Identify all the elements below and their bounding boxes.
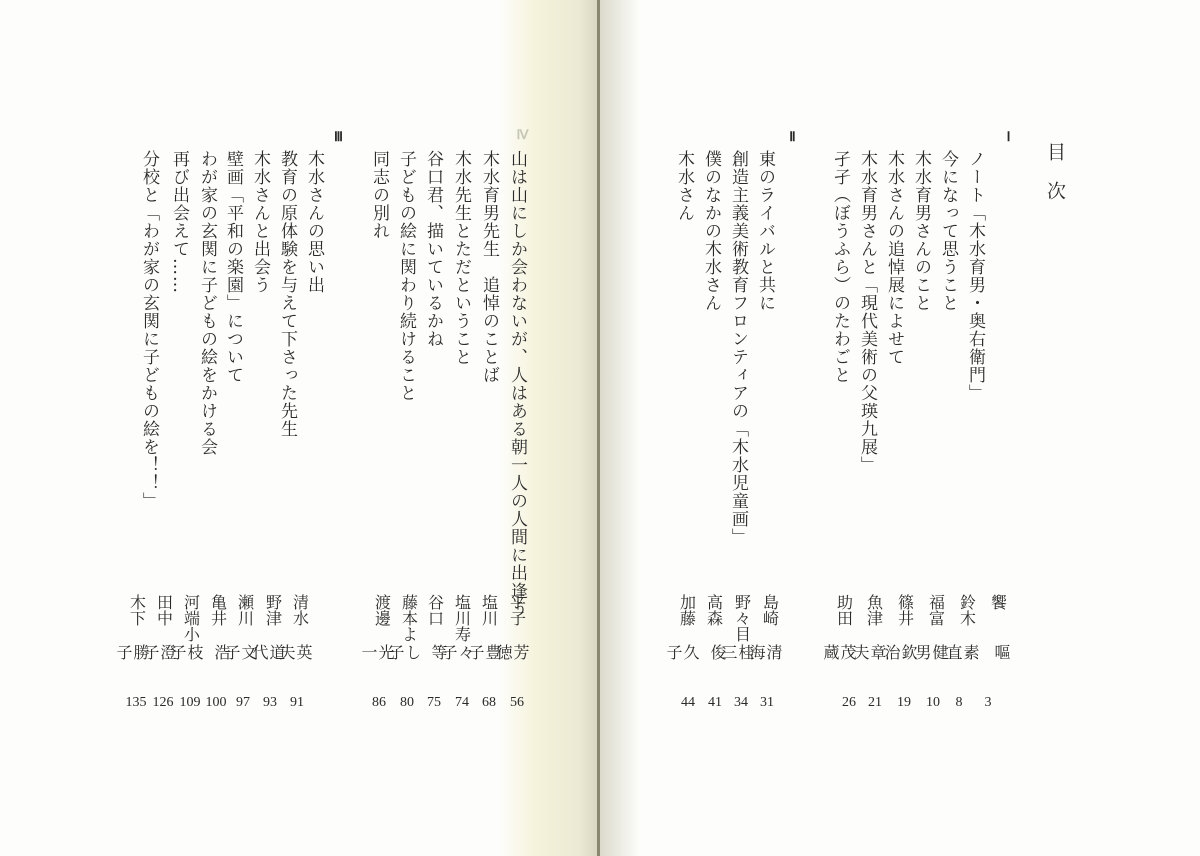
toc-author: 高森俊 — [702, 594, 726, 626]
toc-page-number: 34 — [726, 695, 756, 711]
toc-author: 饗嘔 — [986, 594, 1010, 610]
toc-entry-title: ノート「木水育男・奥右衛門」 — [964, 150, 986, 402]
toc-entry-title: 分校と「わが家の玄関に子どもの絵を！！」 — [138, 150, 160, 510]
toc-author: 魚津章夫 — [862, 594, 886, 626]
toc-author: 平子芳徳 — [505, 594, 529, 626]
toc-entry-title: 子どもの絵に関わり続けること — [395, 150, 417, 402]
toc-page-number: 91 — [282, 695, 312, 711]
toc-entry-title: 教育の原体験を与えて下さった先生 — [276, 150, 298, 438]
toc-author: 亀井浩 — [206, 594, 230, 626]
toc-author: 篠井欽治 — [893, 594, 917, 626]
toc-author: 渡邊光一 — [370, 594, 394, 626]
toc-page-number: 126 — [148, 695, 178, 711]
toc-author: 藤本よし子 — [397, 594, 421, 642]
toc-page-number: 3 — [973, 695, 1003, 711]
toc-page-number: 8 — [944, 695, 974, 711]
book-spread: 目次 Ⅰ ノート「木水育男・奥右衛門」 今になって思うこと 木水育男さんのこと … — [0, 0, 1200, 856]
toc-entry-title: 木水育男さんのこと — [910, 150, 932, 312]
page-gutter-shadow-right — [600, 0, 640, 856]
toc-page-number: 100 — [201, 695, 231, 711]
toc-author: 野津道代 — [261, 594, 285, 626]
toc-entry-title: 東のライバルと共に — [754, 150, 776, 312]
toc-title: 目次 — [1044, 142, 1066, 220]
toc-page-number: 135 — [121, 695, 151, 711]
toc-entry-title: 木水育男先生 追悼のことば — [478, 150, 500, 384]
toc-entry-title: 孑孑（ぼうふら）のたわごと — [829, 150, 851, 384]
toc-author: 島崎清海 — [758, 594, 782, 626]
toc-author: 塩川豊子 — [477, 594, 501, 626]
toc-page-number: 56 — [502, 695, 532, 711]
toc-page-number: 21 — [860, 695, 890, 711]
toc-entry-title: 山は山にしか会わないが、人はある朝一人の人間に出逢う — [506, 150, 528, 618]
toc-entry-title: 谷口君、描いているかね — [422, 150, 444, 348]
toc-author: 鈴木素直 — [955, 594, 979, 626]
toc-page-number: 44 — [673, 695, 703, 711]
toc-author: 助田茂蔵 — [832, 594, 856, 626]
toc-entry-title: 木水さんの追悼展によせて — [883, 150, 905, 366]
toc-page-number: 80 — [392, 695, 422, 711]
toc-page-number: 93 — [255, 695, 285, 711]
toc-page-number: 26 — [834, 695, 864, 711]
toc-author: 野々目桂三 — [730, 594, 754, 642]
toc-author: 木下勝子 — [125, 594, 149, 626]
toc-entry-title: わが家の玄関に子どもの絵をかける会 — [196, 150, 218, 456]
toc-entry-title: 木水さん — [673, 150, 695, 222]
toc-entry-title: 木水さんと出会う — [249, 150, 271, 294]
toc-page-number: 31 — [752, 695, 782, 711]
toc-entry-title: 創造主義美術教育フロンティアの「木水児童画」 — [727, 150, 749, 546]
toc-entry-title: 僕のなかの木水さん — [700, 150, 722, 312]
toc-entry-title: 木水さんの思い出 — [303, 150, 325, 294]
section-label-1: Ⅰ — [998, 130, 1020, 145]
toc-author: 福富健男 — [924, 594, 948, 626]
toc-author: 河端小枝子 — [179, 594, 203, 642]
toc-page-number: 75 — [419, 695, 449, 711]
toc-entry-title: 壁画「平和の楽園」について — [222, 150, 244, 384]
toc-entry-title: 再び出会えて…… — [168, 150, 190, 294]
toc-author: 加藤久子 — [675, 594, 699, 626]
toc-page-number: 41 — [700, 695, 730, 711]
toc-entry-title: 木水育男さんと「現代美術の父瑛九展」 — [856, 150, 878, 474]
section-label-3: Ⅲ — [328, 130, 350, 145]
toc-entry-title: 今になって思うこと — [937, 150, 959, 312]
toc-page-number: 10 — [918, 695, 948, 711]
toc-page-number: 19 — [889, 695, 919, 711]
toc-entry-title: 木水先生とただということ — [450, 150, 472, 366]
section-label-4: Ⅳ — [512, 128, 534, 143]
toc-page-number: 74 — [447, 695, 477, 711]
toc-entry-title: 同志の別れ — [368, 150, 390, 240]
toc-page-number: 68 — [474, 695, 504, 711]
toc-author: 清水英夫 — [288, 594, 312, 626]
toc-author: 田中澄子 — [152, 594, 176, 626]
section-label-2: Ⅱ — [782, 130, 804, 145]
toc-page-number: 86 — [364, 695, 394, 711]
toc-page-number: 97 — [228, 695, 258, 711]
toc-author: 瀬川文子 — [233, 594, 257, 626]
toc-author: 塩川寿々子 — [450, 594, 474, 642]
toc-page-number: 109 — [175, 695, 205, 711]
toc-author: 谷口等 — [423, 594, 447, 626]
